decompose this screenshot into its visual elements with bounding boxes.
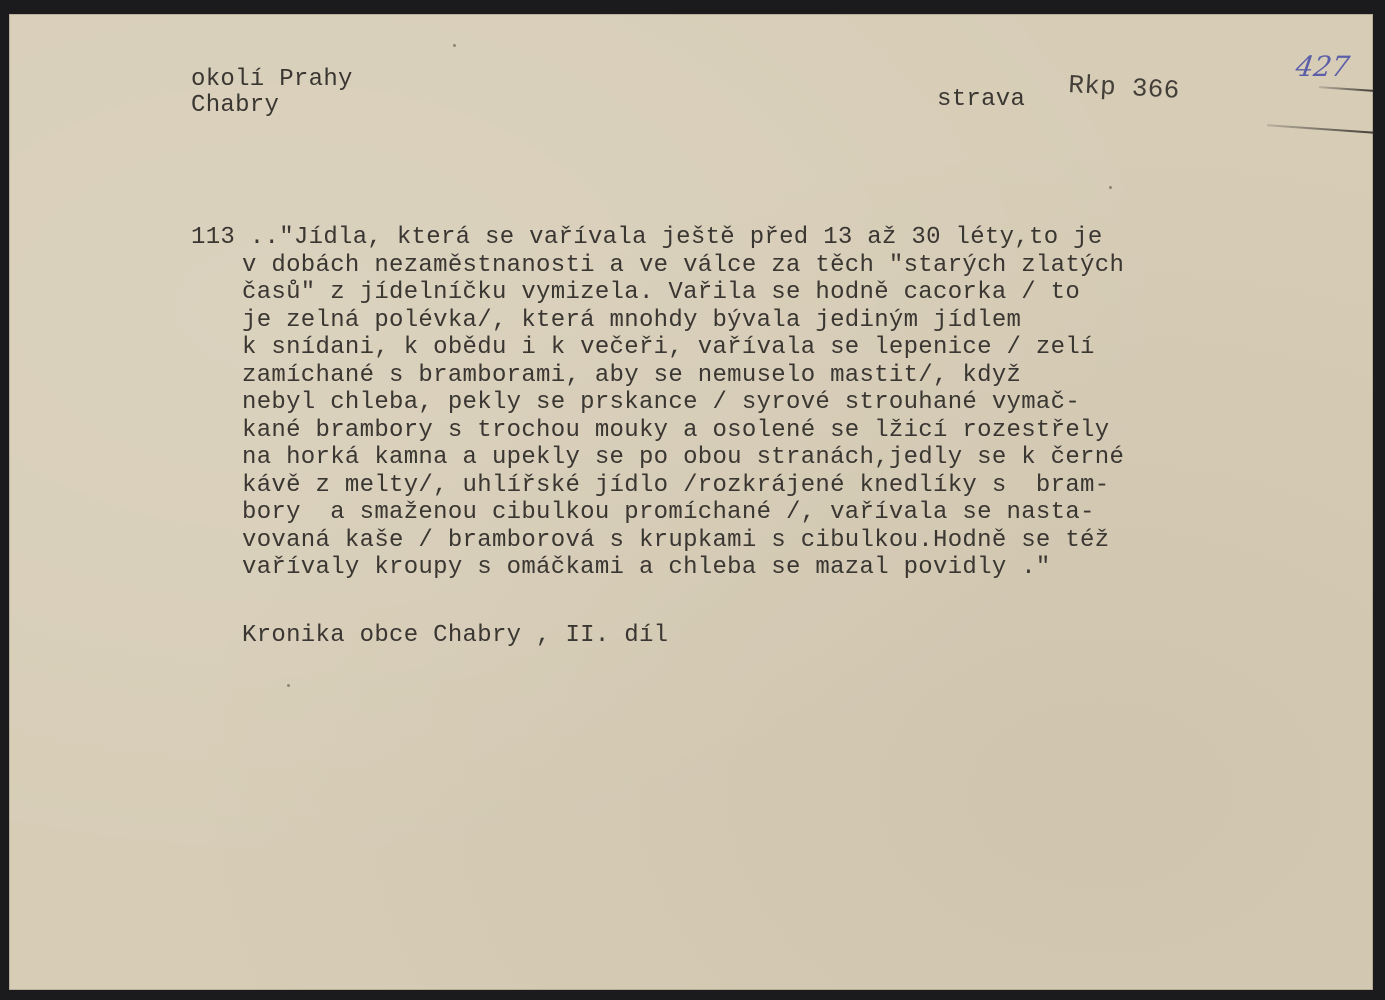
- entry-line: zamíchané s bramborami, aby se nemuselo …: [191, 362, 1124, 390]
- shelfmark-stamp: Rkp 366: [1068, 72, 1181, 105]
- entry-line: k snídani, k obědu i k večeři, vařívala …: [191, 334, 1124, 362]
- entry-line: vařívaly kroupy s omáčkami a chleba se m…: [191, 554, 1124, 582]
- topic-label: strava: [937, 86, 1025, 114]
- entry-line: na horká kamna a upekly se po obou stran…: [191, 444, 1124, 472]
- entry-line: kané brambory s trochou mouky a osolené …: [191, 417, 1124, 445]
- entry-line: 113 .."Jídla, která se vařívala ještě př…: [191, 224, 1124, 252]
- source-citation: Kronika obce Chabry , II. díl: [242, 622, 668, 650]
- pencil-mark-line: [1267, 124, 1375, 134]
- entry-text: 113 .."Jídla, která se vařívala ještě př…: [191, 224, 1124, 582]
- entry-line: v dobách nezaměstnanosti a ve válce za t…: [191, 252, 1124, 280]
- handwritten-page-number: 427: [1294, 50, 1352, 83]
- location-village: Chabry: [191, 92, 279, 120]
- entry-line: časů" z jídelníčku vymizela. Vařila se h…: [191, 279, 1124, 307]
- pencil-mark-line: [1319, 86, 1374, 92]
- archive-index-card: okolí Prahy Chabry strava Rkp 366 427 11…: [9, 14, 1373, 990]
- paper-speck: [1109, 186, 1112, 189]
- paper-speck: [453, 44, 456, 47]
- entry-line: bory a smaženou cibulkou promíchané /, v…: [191, 499, 1124, 527]
- entry-line: kávě z melty/, uhlířské jídlo /rozkrájen…: [191, 472, 1124, 500]
- entry-line: vovaná kaše / bramborová s krupkami s ci…: [191, 527, 1124, 555]
- location-region: okolí Prahy: [191, 66, 353, 94]
- paper-speck: [287, 684, 290, 687]
- entry-line: je zelná polévka/, která mnohdy bývala j…: [191, 307, 1124, 335]
- entry-line: nebyl chleba, pekly se prskance / syrové…: [191, 389, 1124, 417]
